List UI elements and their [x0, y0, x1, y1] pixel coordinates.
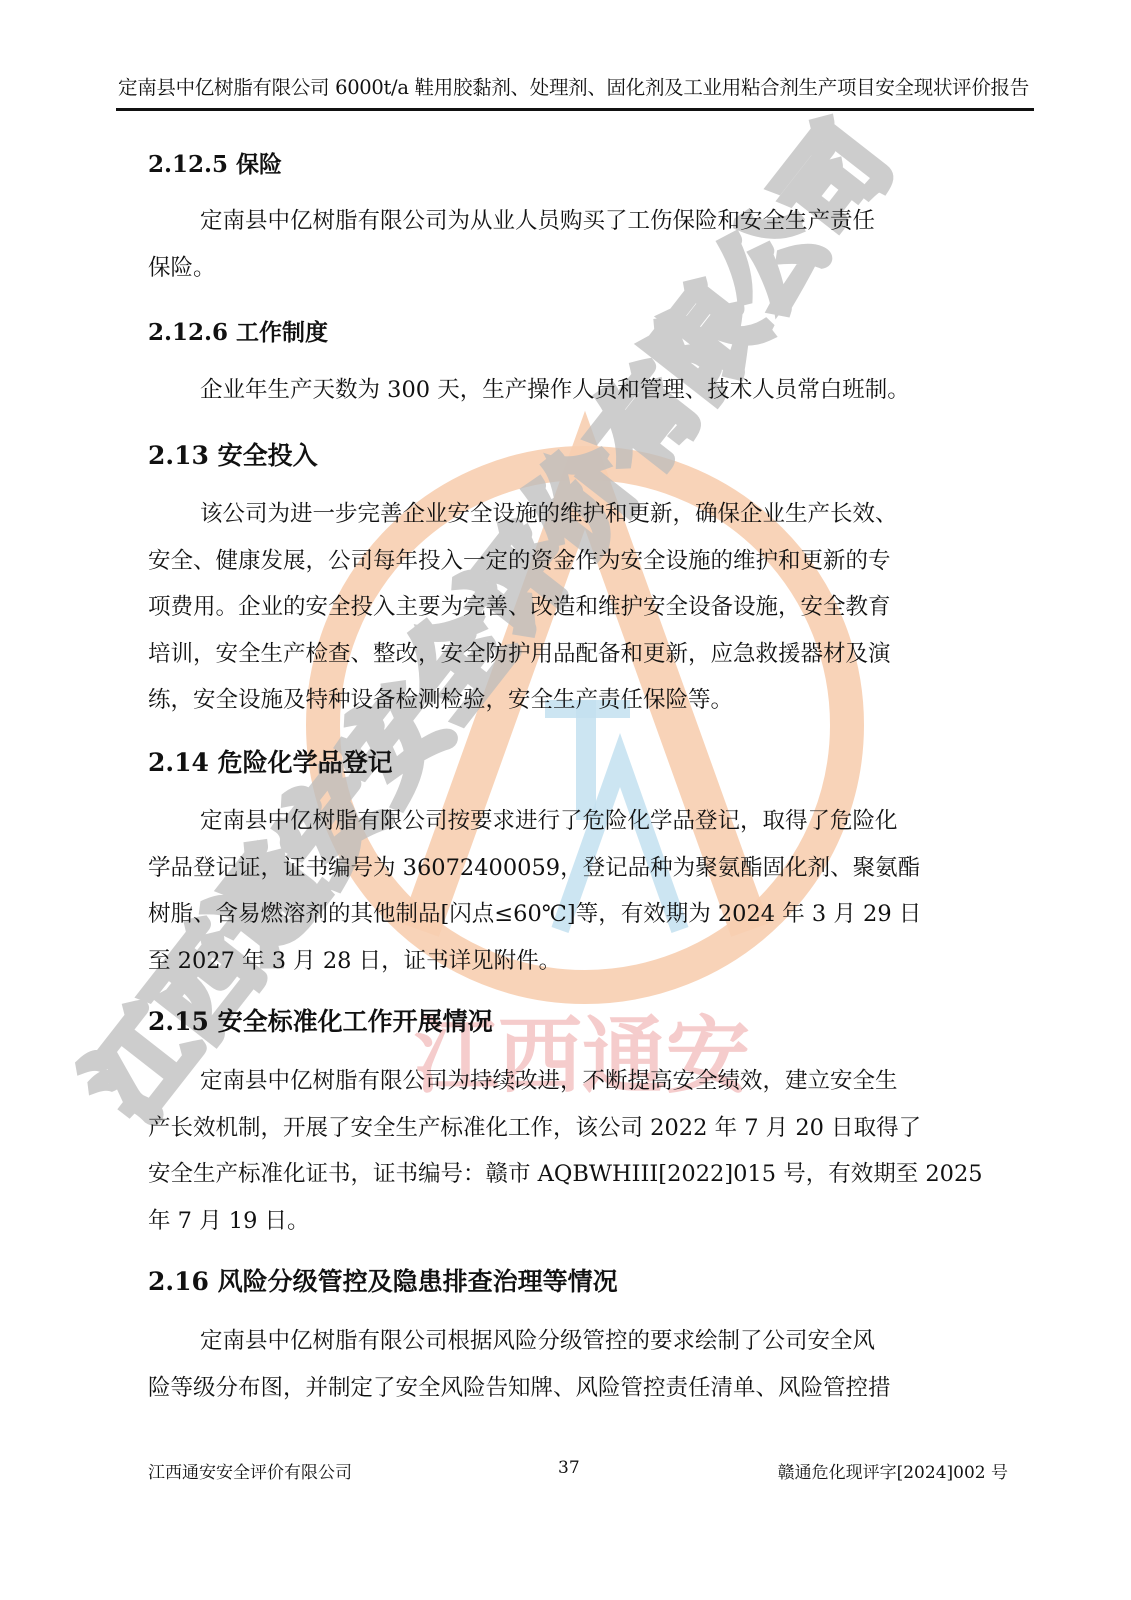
section-heading: 2.16 风险分级管控及隐患排查治理等情况 [148, 1262, 618, 1298]
page-number: 37 [558, 1458, 580, 1478]
page-header-title: 定南县中亿树脂有限公司 6000t/a 鞋用胶黏剂、处理剂、固化剂及工业用粘合剂… [118, 72, 1033, 100]
paragraph: 该公司为进一步完善企业安全设施的维护和更新，确保企业生产长效、 安全、健康发展，… [148, 491, 1008, 724]
paragraph: 定南县中亿树脂有限公司为持续改进，不断提高安全绩效，建立安全生 产长效机制，开展… [148, 1058, 1008, 1244]
paragraph: 定南县中亿树脂有限公司根据风险分级管控的要求绘制了公司安全风 险等级分布图，并制… [148, 1318, 1008, 1411]
section-heading: 2.12.6 工作制度 [148, 314, 328, 347]
paragraph-line: 安全生产标准化证书，证书编号：赣市 AQBWHIII[2022]015 号，有效… [148, 1151, 1008, 1198]
paragraph-line: 安全、健康发展，公司每年投入一定的资金作为安全设施的维护和更新的专 [148, 538, 1008, 585]
paragraph-line: 项费用。企业的安全投入主要为完善、改造和维护安全设备设施，安全教育 [148, 584, 1008, 631]
paragraph-line: 树脂、含易燃溶剂的其他制品[闪点≤60℃]等，有效期为 2024 年 3 月 2… [148, 891, 1008, 938]
paragraph: 企业年生产天数为 300 天，生产操作人员和管理、技术人员常白班制。 [148, 367, 1008, 414]
paragraph-line: 企业年生产天数为 300 天，生产操作人员和管理、技术人员常白班制。 [148, 367, 1008, 414]
paragraph-line: 该公司为进一步完善企业安全设施的维护和更新，确保企业生产长效、 [148, 491, 1008, 538]
paragraph-line: 至 2027 年 3 月 28 日，证书详见附件。 [148, 938, 1008, 985]
paragraph-line: 定南县中亿树脂有限公司按要求进行了危险化学品登记，取得了危险化 [148, 798, 1008, 845]
footer-doc-number: 赣通危化现评字[2024]002 号 [778, 1458, 1008, 1483]
section-heading: 2.12.5 保险 [148, 146, 282, 179]
section-heading: 2.15 安全标准化工作开展情况 [148, 1002, 493, 1038]
section-heading: 2.13 安全投入 [148, 436, 318, 472]
paragraph-line: 定南县中亿树脂有限公司为从业人员购买了工伤保险和安全生产责任 [148, 198, 1008, 245]
paragraph-line: 培训，安全生产检查、整改，安全防护用品配备和更新，应急救援器材及演 [148, 631, 1008, 678]
section-heading: 2.14 危险化学品登记 [148, 743, 393, 779]
paragraph-line: 练，安全设施及特种设备检测检验，安全生产责任保险等。 [148, 677, 1008, 724]
paragraph-line: 年 7 月 19 日。 [148, 1198, 1008, 1245]
header-rule [116, 108, 1034, 111]
paragraph-line: 产长效机制，开展了安全生产标准化工作，该公司 2022 年 7 月 20 日取得… [148, 1105, 1008, 1152]
footer-company: 江西通安安全评价有限公司 [148, 1458, 352, 1483]
paragraph-line: 定南县中亿树脂有限公司根据风险分级管控的要求绘制了公司安全风 [148, 1318, 1008, 1365]
paragraph-line: 学品登记证，证书编号为 36072400059，登记品种为聚氨酯固化剂、聚氨酯 [148, 845, 1008, 892]
paragraph-line: 定南县中亿树脂有限公司为持续改进，不断提高安全绩效，建立安全生 [148, 1058, 1008, 1105]
paragraph-line: 保险。 [148, 245, 1008, 292]
paragraph-line: 险等级分布图，并制定了安全风险告知牌、风险管控责任清单、风险管控措 [148, 1365, 1008, 1412]
paragraph: 定南县中亿树脂有限公司为从业人员购买了工伤保险和安全生产责任 保险。 [148, 198, 1008, 291]
paragraph: 定南县中亿树脂有限公司按要求进行了危险化学品登记，取得了危险化 学品登记证，证书… [148, 798, 1008, 984]
